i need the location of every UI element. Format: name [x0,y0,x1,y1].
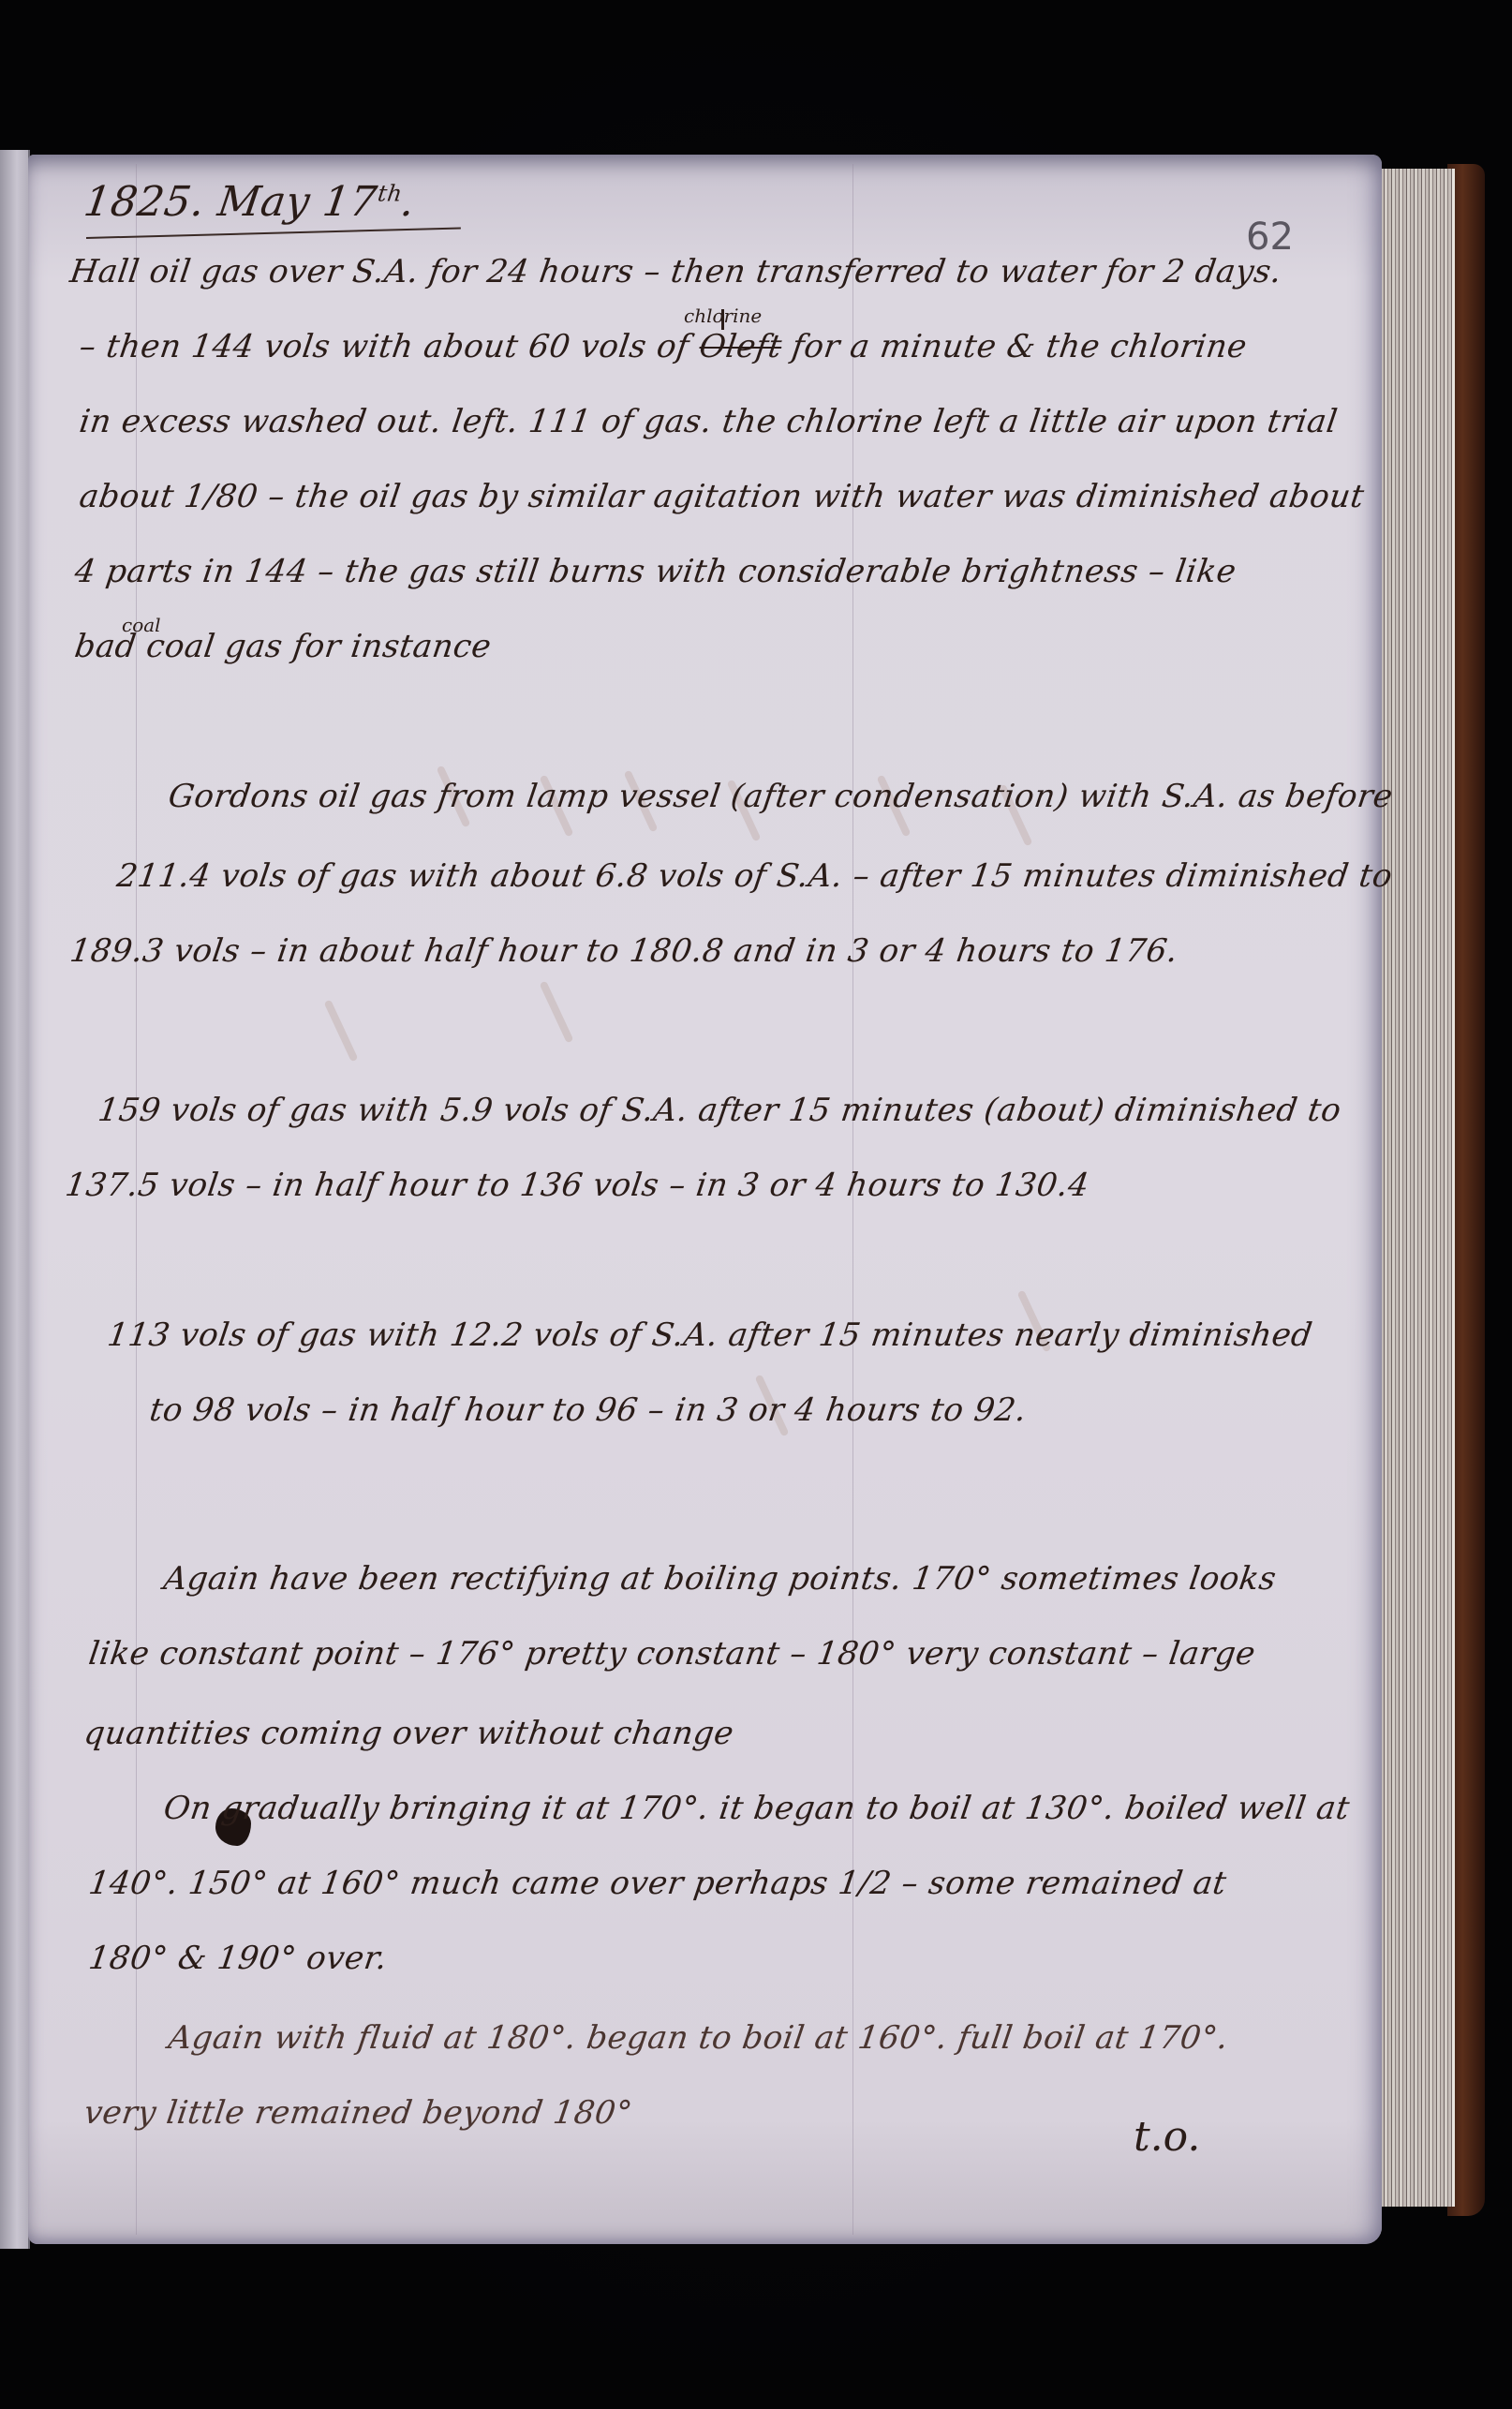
p2-line-1: Gordons oil gas from lamp vessel (after … [166,778,1395,815]
interlinear-insertion: chlorine [684,305,762,327]
date-heading: 1825. May 17th. [81,178,418,226]
p1-line-5: 4 parts in 144 – the gas still burns wit… [72,553,1238,590]
p1-line-2-rest: for a minute & the chlorine [790,328,1250,365]
p5-line-2: like constant point – 176° pretty consta… [86,1635,1258,1673]
p2-line-2: 211.4 vols of gas with about 6.8 vols of… [114,857,1395,895]
struck-word: Oleft [697,328,784,365]
p1-line-1: Hall oil gas over S.A. for 24 hours – th… [67,253,1284,290]
p6-line-2: 140°. 150° at 160° much came over perhap… [86,1865,1229,1902]
p1-line-2: – then 144 vols with about 60 vols of Ol… [77,328,1249,365]
p4-line-2: to 98 vols – in half hour to 96 – in 3 o… [147,1391,1029,1429]
p7-line-2: very little remained beyond 180° [82,2094,634,2132]
page-edges-stack [1377,169,1455,2207]
p1-line-6: bad coal gas for instance [72,628,494,665]
facing-page-edge [0,150,30,2249]
p1-line-2-text: – then 144 vols with about 60 vols of [77,328,691,365]
p6-line-3: 180° & 190° over. [86,1940,390,1977]
p1-line-3: in excess washed out. left. 111 of gas. … [77,403,1340,440]
bleed-through-stain [540,981,574,1044]
p5-line-1: Again have been rectifying at boiling po… [161,1560,1279,1598]
notebook-page: 62 1825. May 17th. Hall oil gas over S.A… [28,155,1382,2244]
p3-line-2: 137.5 vols – in half hour to 136 vols – … [63,1167,1091,1204]
p1-line-4: about 1/80 – the oil gas by similar agit… [77,478,1367,515]
p5-line-3: quantities coming over without change [82,1715,736,1752]
date-suffix: th [376,180,404,206]
p2-line-3: 189.3 vols – in about half hour to 180.8… [67,932,1180,970]
p7-line-1: Again with fluid at 180°. began to boil … [166,2019,1231,2057]
date-month-day: May 17 [215,178,379,226]
p3-line-1: 159 vols of gas with 5.9 vols of S.A. af… [96,1092,1343,1129]
date-year: 1825. [81,178,208,226]
p4-line-1: 113 vols of gas with 12.2 vols of S.A. a… [105,1316,1314,1354]
sign-off-initials: t.o. [1134,2113,1200,2161]
p6-line-1: On gradually bringing it at 170°. it beg… [161,1790,1352,1827]
bleed-through-stain [324,1000,359,1063]
date-underline [86,228,461,239]
